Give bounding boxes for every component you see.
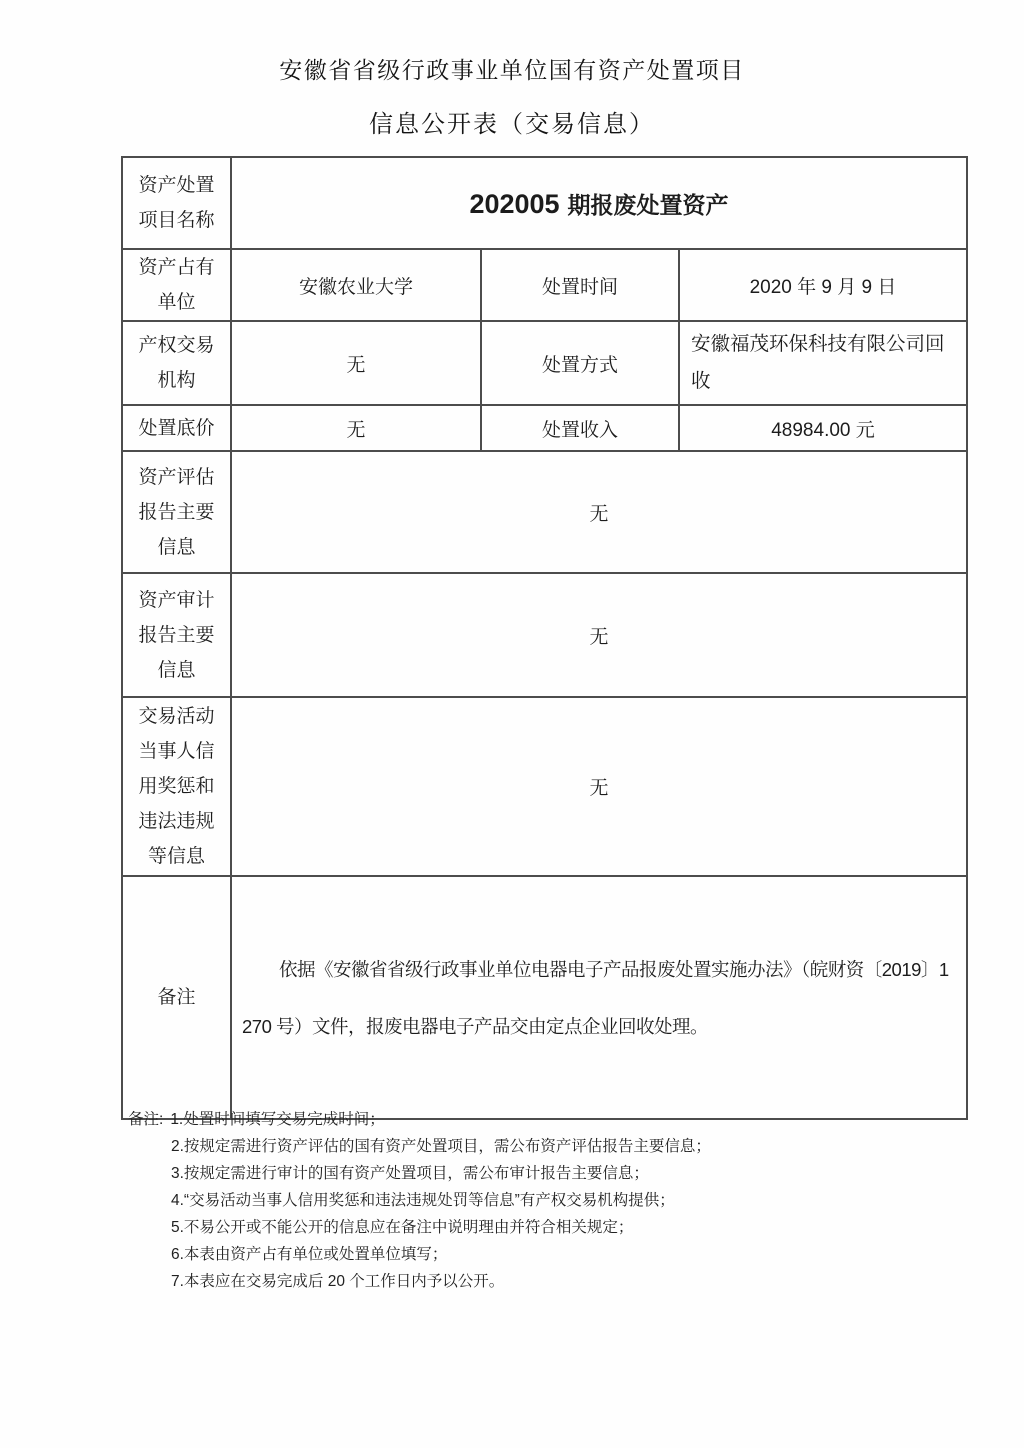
info-table: 资产处置项目名称 202005期报废处置资产 资产占有单位 安徽农业大学 处置时…	[121, 156, 968, 1120]
project-period-number: 202005	[469, 189, 559, 219]
row-label-remark: 备注	[122, 876, 231, 1119]
document-page: 安徽省省级行政事业单位国有资产处置项目 信息公开表（交易信息） 资产处置项目名称…	[0, 0, 1024, 1448]
audit-report-value: 无	[231, 573, 967, 697]
table-row-credit-info: 交易活动当事人信用奖惩和违法违规等信息 无	[122, 697, 967, 876]
disposal-income-value: 48984.00 元	[679, 405, 967, 451]
row-label-floor-price: 处置底价	[122, 405, 231, 451]
document-subtitle: 信息公开表（交易信息）	[0, 108, 1024, 141]
table-row-floor-price: 处置底价 无 处置收入 48984.00 元	[122, 405, 967, 451]
trade-agency-value: 无	[231, 321, 481, 405]
remark-value: 依据《安徽省省级行政事业单位电器电子产品报废处置实施办法》（皖财资〔2019〕1…	[231, 876, 967, 1119]
table-row-trade-agency: 产权交易机构 无 处置方式 安徽福茂环保科技有限公司回收	[122, 321, 967, 405]
project-name-value: 202005期报废处置资产	[231, 157, 967, 249]
footnote-item: 1.处置时间填写交易完成时间；	[170, 1106, 384, 1133]
table-row-holder-unit: 资产占有单位 安徽农业大学 处置时间 2020 年 9 月 9 日	[122, 249, 967, 321]
document-title: 安徽省省级行政事业单位国有资产处置项目	[0, 54, 1024, 86]
disposal-method-label: 处置方式	[481, 321, 679, 405]
footnote-item: 6.本表由资产占有单位或处置单位填写；	[171, 1241, 978, 1268]
footnote-item: 7.本表应在交易完成后 20 个工作日内予以公开。	[171, 1268, 978, 1295]
credit-info-value: 无	[231, 697, 967, 876]
footnote-item: 2.按规定需进行资产评估的国有资产处置项目，需公布资产评估报告主要信息；	[171, 1133, 978, 1160]
footnotes: 备注: 1.处置时间填写交易完成时间； 2.按规定需进行资产评估的国有资产处置项…	[128, 1106, 978, 1295]
disposal-time-value: 2020 年 9 月 9 日	[679, 249, 967, 321]
row-label-appraisal-report: 资产评估报告主要信息	[122, 451, 231, 573]
document-header: 安徽省省级行政事业单位国有资产处置项目 信息公开表（交易信息）	[0, 0, 1024, 141]
footnote-item: 5.不易公开或不能公开的信息应在备注中说明理由并符合相关规定；	[171, 1214, 978, 1241]
row-label-audit-report: 资产审计报告主要信息	[122, 573, 231, 697]
table-row-project-name: 资产处置项目名称 202005期报废处置资产	[122, 157, 967, 249]
footnote-item: 4.“交易活动当事人信用奖惩和违法违规处罚等信息”有产权交易机构提供；	[171, 1187, 978, 1214]
row-label-project-name: 资产处置项目名称	[122, 157, 231, 249]
table-row-appraisal-report: 资产评估报告主要信息 无	[122, 451, 967, 573]
floor-price-value: 无	[231, 405, 481, 451]
row-label-trade-agency: 产权交易机构	[122, 321, 231, 405]
footnote-list: 2.按规定需进行资产评估的国有资产处置项目，需公布资产评估报告主要信息； 3.按…	[171, 1133, 978, 1295]
row-label-credit-info: 交易活动当事人信用奖惩和违法违规等信息	[122, 697, 231, 876]
footnotes-prefix: 备注:	[128, 1106, 163, 1133]
project-name-suffix: 期报废处置资产	[568, 192, 729, 218]
disposal-time-label: 处置时间	[481, 249, 679, 321]
footnote-item: 3.按规定需进行审计的国有资产处置项目，需公布审计报告主要信息；	[171, 1160, 978, 1187]
row-label-holder-unit: 资产占有单位	[122, 249, 231, 321]
holder-unit-value: 安徽农业大学	[231, 249, 481, 321]
appraisal-report-value: 无	[231, 451, 967, 573]
disposal-income-label: 处置收入	[481, 405, 679, 451]
table-row-remark: 备注 依据《安徽省省级行政事业单位电器电子产品报废处置实施办法》（皖财资〔201…	[122, 876, 967, 1119]
disposal-method-value: 安徽福茂环保科技有限公司回收	[679, 321, 967, 405]
table-row-audit-report: 资产审计报告主要信息 无	[122, 573, 967, 697]
remark-paragraph: 依据《安徽省省级行政事业单位电器电子产品报废处置实施办法》（皖财资〔2019〕1…	[242, 941, 956, 1055]
footnote-line: 备注: 1.处置时间填写交易完成时间；	[128, 1106, 978, 1133]
